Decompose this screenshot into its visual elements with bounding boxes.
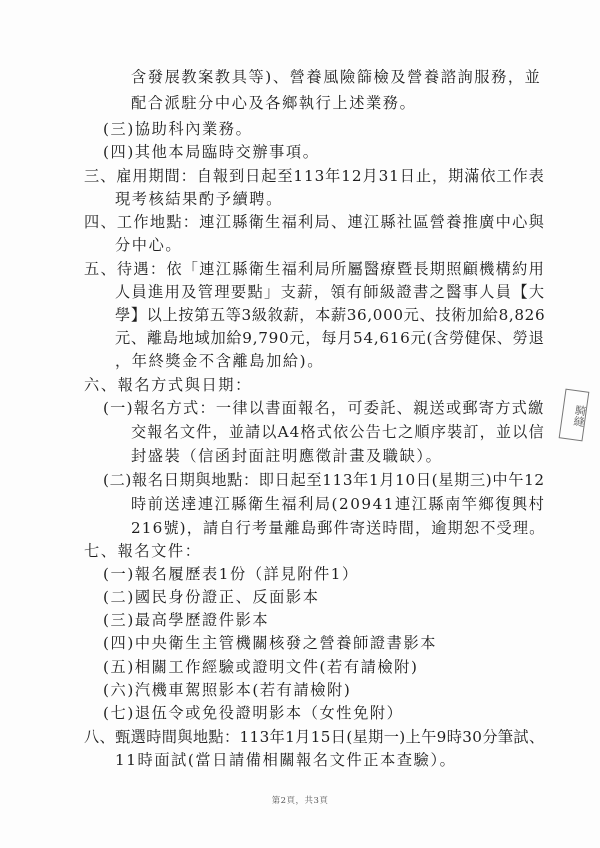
text-line: 五、待遇：依「連江縣衛生福利局所屬醫療暨長期照顧機構約用 <box>84 259 545 279</box>
text-line: (四)其他本局臨時交辦事項。 <box>103 142 320 162</box>
text-line: (二)報名日期與地點：即日起至113年1月10日(星期三)中午12 <box>103 470 545 490</box>
text-line: 封盛裝（信函封面註明應徵計畫及職缺）。 <box>131 446 442 466</box>
text-line: 交報名文件，並請以A4格式依公告七之順序裝訂，並以信 <box>131 422 545 442</box>
text-line: 分中心。 <box>115 235 182 255</box>
text-line: 三、雇用期間：自報到日起至113年12月31日止，期滿依工作表 <box>84 166 545 186</box>
text-line: 現考核結果酌予續聘。 <box>115 189 283 209</box>
text-line: (二)國民身份證正、反面影本 <box>103 587 320 607</box>
text-line: 學】以上按第五等3級敘薪，本薪36,000元、技術加給8,826 <box>115 305 545 325</box>
text-line: (一)報名方式：一律以書面報名，可委託、親送或郵寄方式繳 <box>103 398 545 418</box>
text-line: (一)報名履歷表1份（詳見附件1） <box>103 564 359 584</box>
text-line: (五)相關工作經驗或證明文件(若有請檢附) <box>103 657 419 677</box>
text-line: 配合派駐分中心及各鄉執行上述業務。 <box>131 93 416 113</box>
text-line: 七、報名文件： <box>84 541 202 561</box>
page-number: 第2頁，共3頁 <box>0 794 600 806</box>
text-line: ，年終獎金不含離島加給)。 <box>115 351 324 371</box>
text-line: 含發展教案教具等)、營養風險篩檢及營養諮詢服務，並 <box>131 67 541 87</box>
text-line: (七)退伍令或免役證明影本（女性免附） <box>103 703 403 723</box>
text-line: 時前送達連江縣衛生福利局(20941連江縣南竿鄉復興村 <box>131 494 545 514</box>
text-line: (四)中央衛生主管機關核發之營養師證書影本 <box>103 633 437 653</box>
text-line: 六、報名方式與日期： <box>84 375 252 395</box>
text-line: 人員進用及管理要點」支薪，領有師級證書之醫事人員【大 <box>115 282 545 302</box>
text-line: 216號)，請自行考量離島郵件寄送時間，逾期恕不受理。 <box>131 518 545 538</box>
text-line: 四、工作地點：連江縣衛生福利局、連江縣社區營養推廣中心與 <box>84 212 545 232</box>
text-line: 八、甄選時間與地點：113年1月15日(星期一)上午9時30分筆試、 <box>84 727 545 747</box>
text-line: 元、離島地域加給9,790元，每月54,616元(含勞健保、勞退 <box>115 328 545 348</box>
document-page: 含發展教案教具等)、營養風險篩檢及營養諮詢服務，並配合派駐分中心及各鄉執行上述業… <box>0 0 600 848</box>
text-line: (三)協助科內業務。 <box>103 119 252 139</box>
text-line: 11時面試(當日請備相關報名文件正本查驗）。 <box>115 750 456 770</box>
seal-stamp: 騎縫 <box>559 389 590 442</box>
text-line: (六)汽機車駕照影本(若有請檢附) <box>103 680 351 700</box>
text-line: (三)最高學歷證件影本 <box>103 610 269 630</box>
